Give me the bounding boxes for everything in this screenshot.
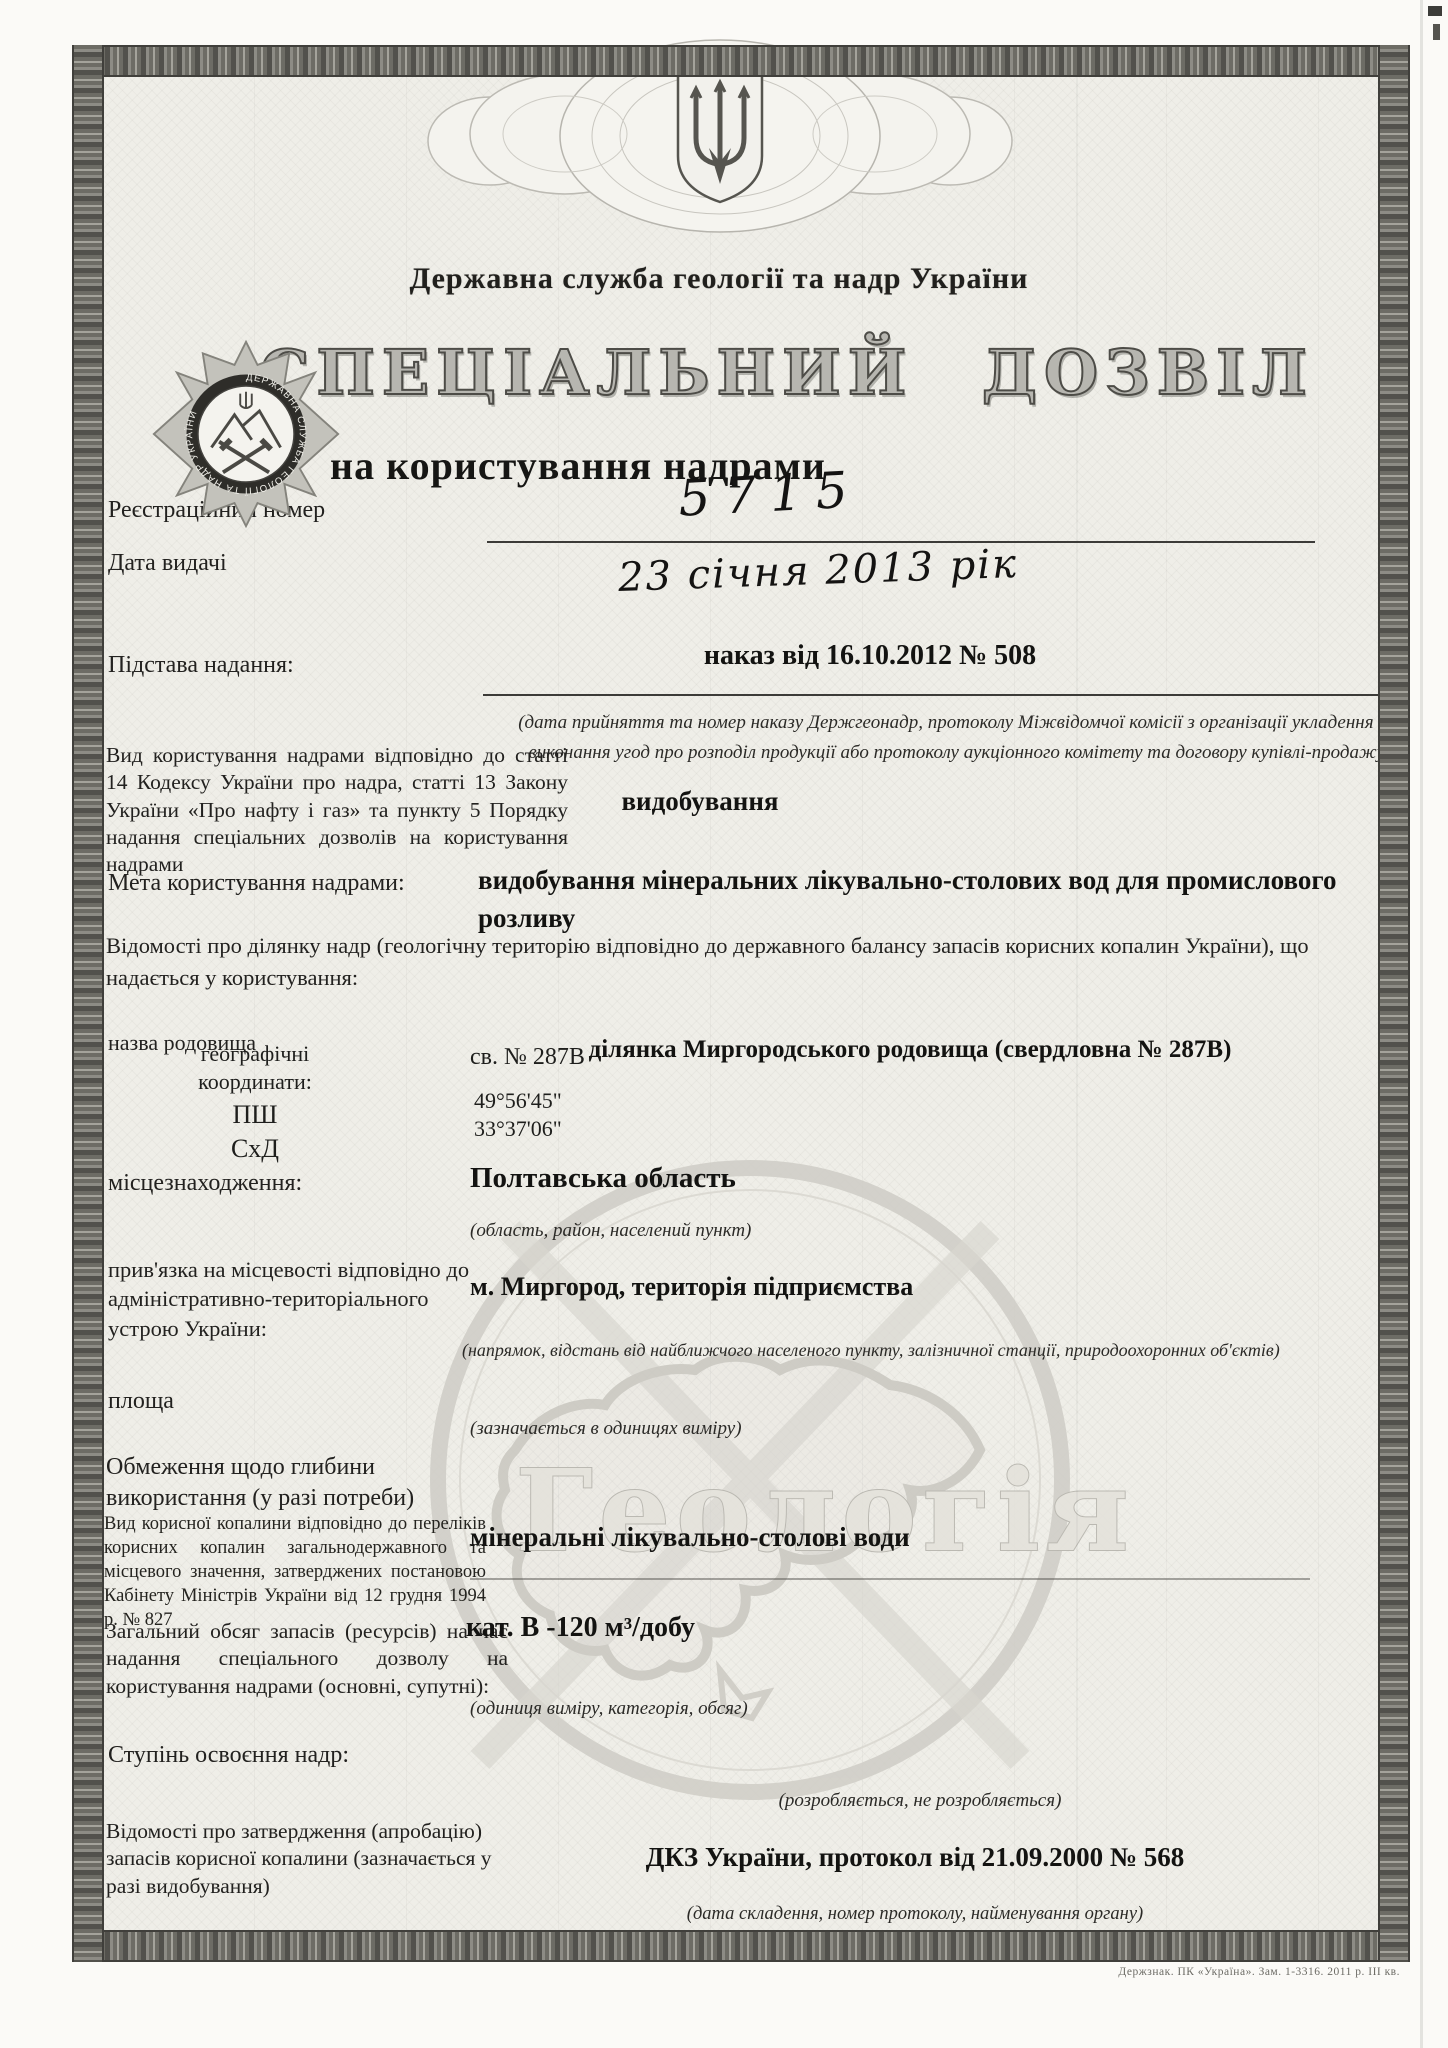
longitude-value: 33°37'06" <box>474 1116 562 1142</box>
location-label: місцезнаходження: <box>108 1170 302 1197</box>
scan-edge-shadow <box>1420 0 1423 2048</box>
binding-label: прив'язка на місцевості відповідно до ад… <box>108 1255 493 1343</box>
area-note: (зазначається в одиницях виміру) <box>470 1418 742 1440</box>
issue-date-label: Дата видачі <box>108 550 227 577</box>
geology-service-emblem: ДЕРЖАВНА СЛУЖБА ГЕОЛОГІЇ ТА НАДР УКРАЇНИ <box>150 338 342 530</box>
plot-info-label: Відомості про ділянку надр (геологічну т… <box>106 930 1402 993</box>
reserves-value: кат. В -120 м³/добу <box>466 1612 695 1644</box>
location-note: (область, район, населений пункт) <box>470 1220 751 1242</box>
binding-note: (напрямок, відстань від найближчого насе… <box>462 1340 1448 1361</box>
deposit-name-value: ділянка Миргородського родовища (свердло… <box>470 1036 1350 1064</box>
well-number-value: св. № 287В <box>470 1044 585 1071</box>
development-label: Ступінь освоєння надр: <box>108 1742 349 1769</box>
scan-artifact <box>1428 6 1442 16</box>
print-house-note: Держзнак. ПК «Україна». Зам. 1-3316. 201… <box>900 1966 1400 1978</box>
mineral-type-label: Вид корисної копалини відповідно до пере… <box>104 1512 486 1632</box>
longitude-label: СхД <box>150 1132 360 1165</box>
reserves-note: (одиниця виміру, категорія, обсяг) <box>470 1698 748 1720</box>
approval-value: ДКЗ України, протокол від 21.09.2000 № 5… <box>470 1842 1360 1873</box>
scan-artifact <box>1433 24 1440 40</box>
rule-line <box>470 1578 1310 1580</box>
reserves-label: Загальний обсяг запасів (ресурсів) на ча… <box>106 1618 508 1700</box>
document-title: СПЕЦІАЛЬНИЙ ДОЗВІЛ <box>260 336 1180 409</box>
purpose-label: Мета користування надрами: <box>108 870 405 897</box>
scanned-document-page: Геологія <box>0 0 1448 2048</box>
border-ornament-right <box>1378 45 1410 1962</box>
purpose-value: видобування мінеральних лікувально-столо… <box>478 862 1368 938</box>
approval-note: (дата складення, номер протоколу, наймен… <box>470 1904 1360 1925</box>
basis-note: (дата прийняття та номер наказу Держгеон… <box>500 708 1420 769</box>
issue-date-value: 23 січня 2013 рік <box>617 541 1018 601</box>
binding-value: м. Миргород, територія підприємства <box>470 1272 913 1302</box>
depth-limit-label: Обмеження щодо глибини використання (у р… <box>106 1452 466 1514</box>
latitude-value: 49°56'45" <box>474 1088 562 1114</box>
location-value: Полтавська область <box>470 1162 736 1195</box>
use-type-value: видобування <box>470 786 930 817</box>
border-ornament-top <box>72 45 1410 77</box>
basis-label: Підстава надання: <box>108 652 294 679</box>
trident-emblem-icon <box>678 74 762 202</box>
border-ornament-left <box>72 45 104 1962</box>
geo-coords-label: географічні координати: ПШ СхД <box>150 1040 360 1165</box>
border-ornament-bottom <box>72 1930 1410 1962</box>
rule-line <box>487 541 1315 543</box>
agency-name: Державна служба геології та надр України <box>254 262 1184 296</box>
rule-line <box>483 694 1395 696</box>
basis-value: наказ від 16.10.2012 № 508 <box>470 640 1270 672</box>
area-label: площа <box>108 1388 174 1415</box>
development-note: (розробляється, не розробляється) <box>520 1790 1320 1812</box>
approval-label: Відомості про затвердження (апробацію) з… <box>106 1818 498 1900</box>
latitude-label: ПШ <box>150 1098 360 1131</box>
mineral-type-value: мінеральні лікувально-столові води <box>470 1522 910 1553</box>
